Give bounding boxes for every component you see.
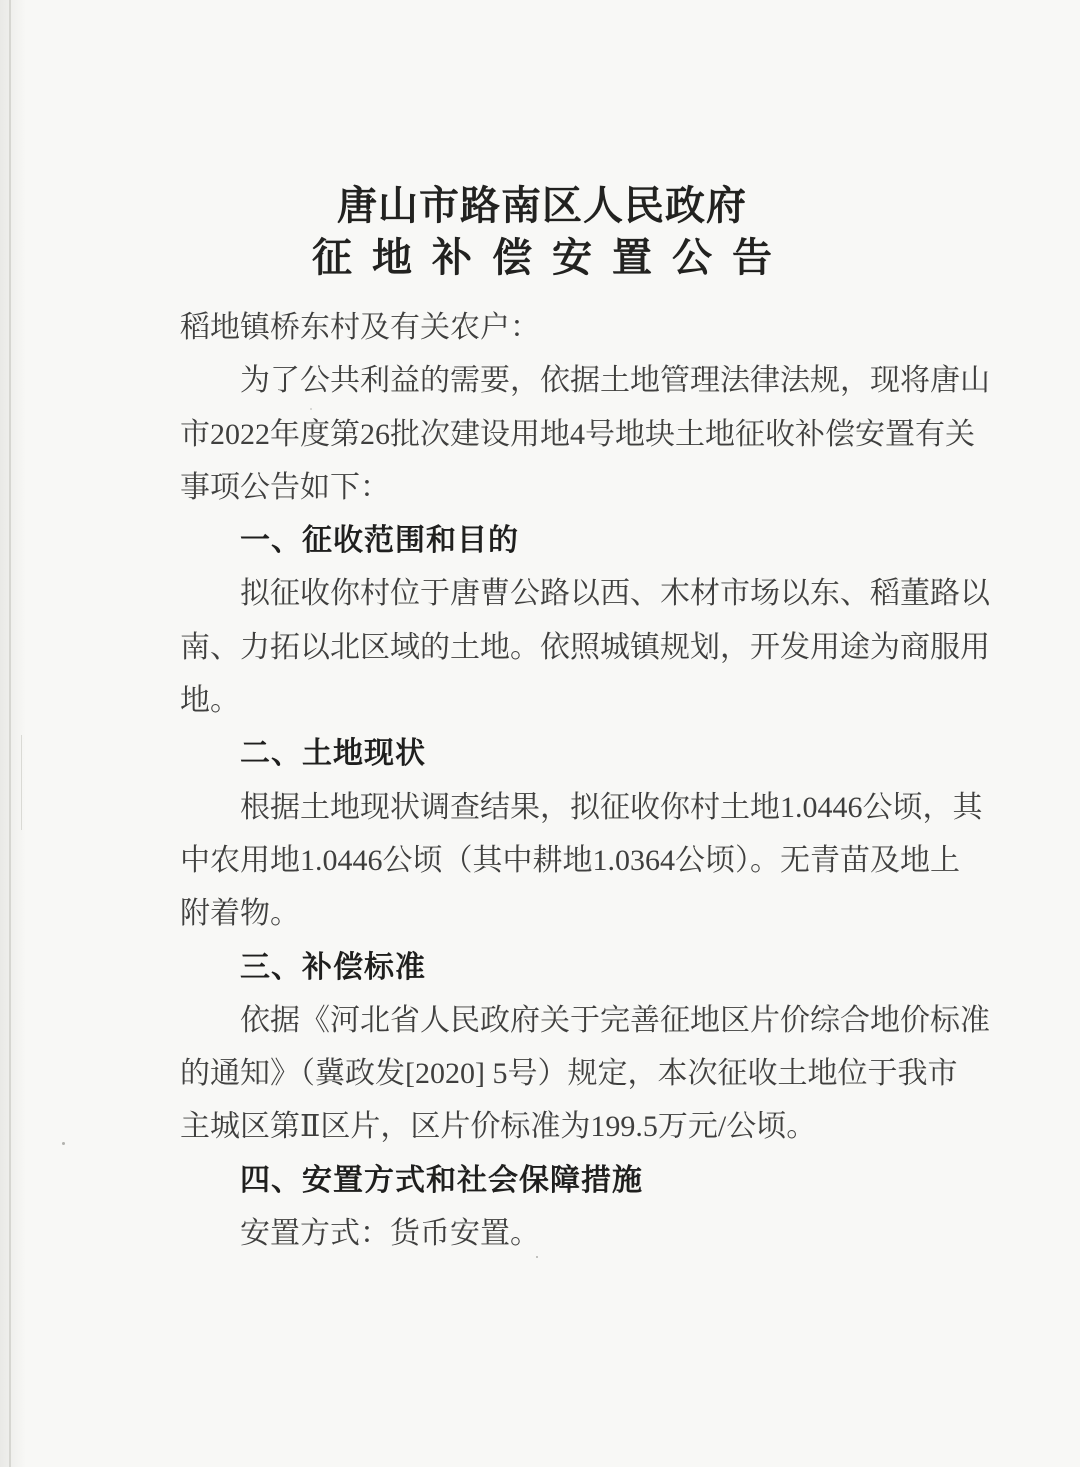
document-title-line1: 唐山市路南区人民政府: [180, 180, 904, 232]
scan-speckle: [62, 1142, 65, 1145]
section-heading-2: 二、土地现状: [180, 727, 910, 780]
document-line: 附着物。: [180, 887, 910, 940]
scan-edge-line: [9, 0, 11, 1467]
document-line: 市2022年度第26批次建设用地4号地块土地征收补偿安置有关: [180, 408, 910, 461]
document-line: 的通知》（冀政发[2020] 5号）规定，本次征收土地位于我市: [180, 1047, 910, 1100]
section-heading-1: 一、征收范围和目的: [180, 514, 910, 567]
document-line: 拟征收你村位于唐曹公路以西、木材市场以东、稻董路以: [180, 567, 910, 620]
salutation-line: 稻地镇桥东村及有关农户：: [180, 301, 910, 354]
document-line: 安置方式：货币安置。: [180, 1207, 910, 1260]
document-line: 地。: [180, 674, 910, 727]
document-line: 中农用地1.0446公顷（其中耕地1.0364公顷）。无青苗及地上: [180, 834, 910, 887]
document-line: 依据《河北省人民政府关于完善征地区片价综合地价标准: [180, 994, 910, 1047]
document-title-line2: 征地补偿安置公告: [180, 232, 904, 285]
document-line: 南、力拓以北区域的土地。依照城镇规划，开发用途为商服用: [180, 621, 910, 674]
section-heading-4: 四、安置方式和社会保障措施: [180, 1154, 910, 1207]
scan-artifact-line: [21, 735, 22, 830]
document-line: 事项公告如下：: [180, 461, 910, 514]
scan-edge-shade: [0, 0, 26, 1467]
document-body: 稻地镇桥东村及有关农户： 为了公共利益的需要，依据土地管理法律法规，现将唐山 市…: [180, 301, 910, 1260]
scanned-document-page: 唐山市路南区人民政府 征地补偿安置公告 稻地镇桥东村及有关农户： 为了公共利益的…: [0, 0, 1080, 1467]
document-title: 唐山市路南区人民政府 征地补偿安置公告: [180, 180, 904, 285]
document-line: 根据土地现状调查结果，拟征收你村土地1.0446公顷，其: [180, 781, 910, 834]
document-line: 主城区第Ⅱ区片，区片价标准为199.5万元/公顷。: [180, 1100, 910, 1153]
section-heading-3: 三、补偿标准: [180, 941, 910, 994]
document-line: 为了公共利益的需要，依据土地管理法律法规，现将唐山: [180, 354, 910, 407]
